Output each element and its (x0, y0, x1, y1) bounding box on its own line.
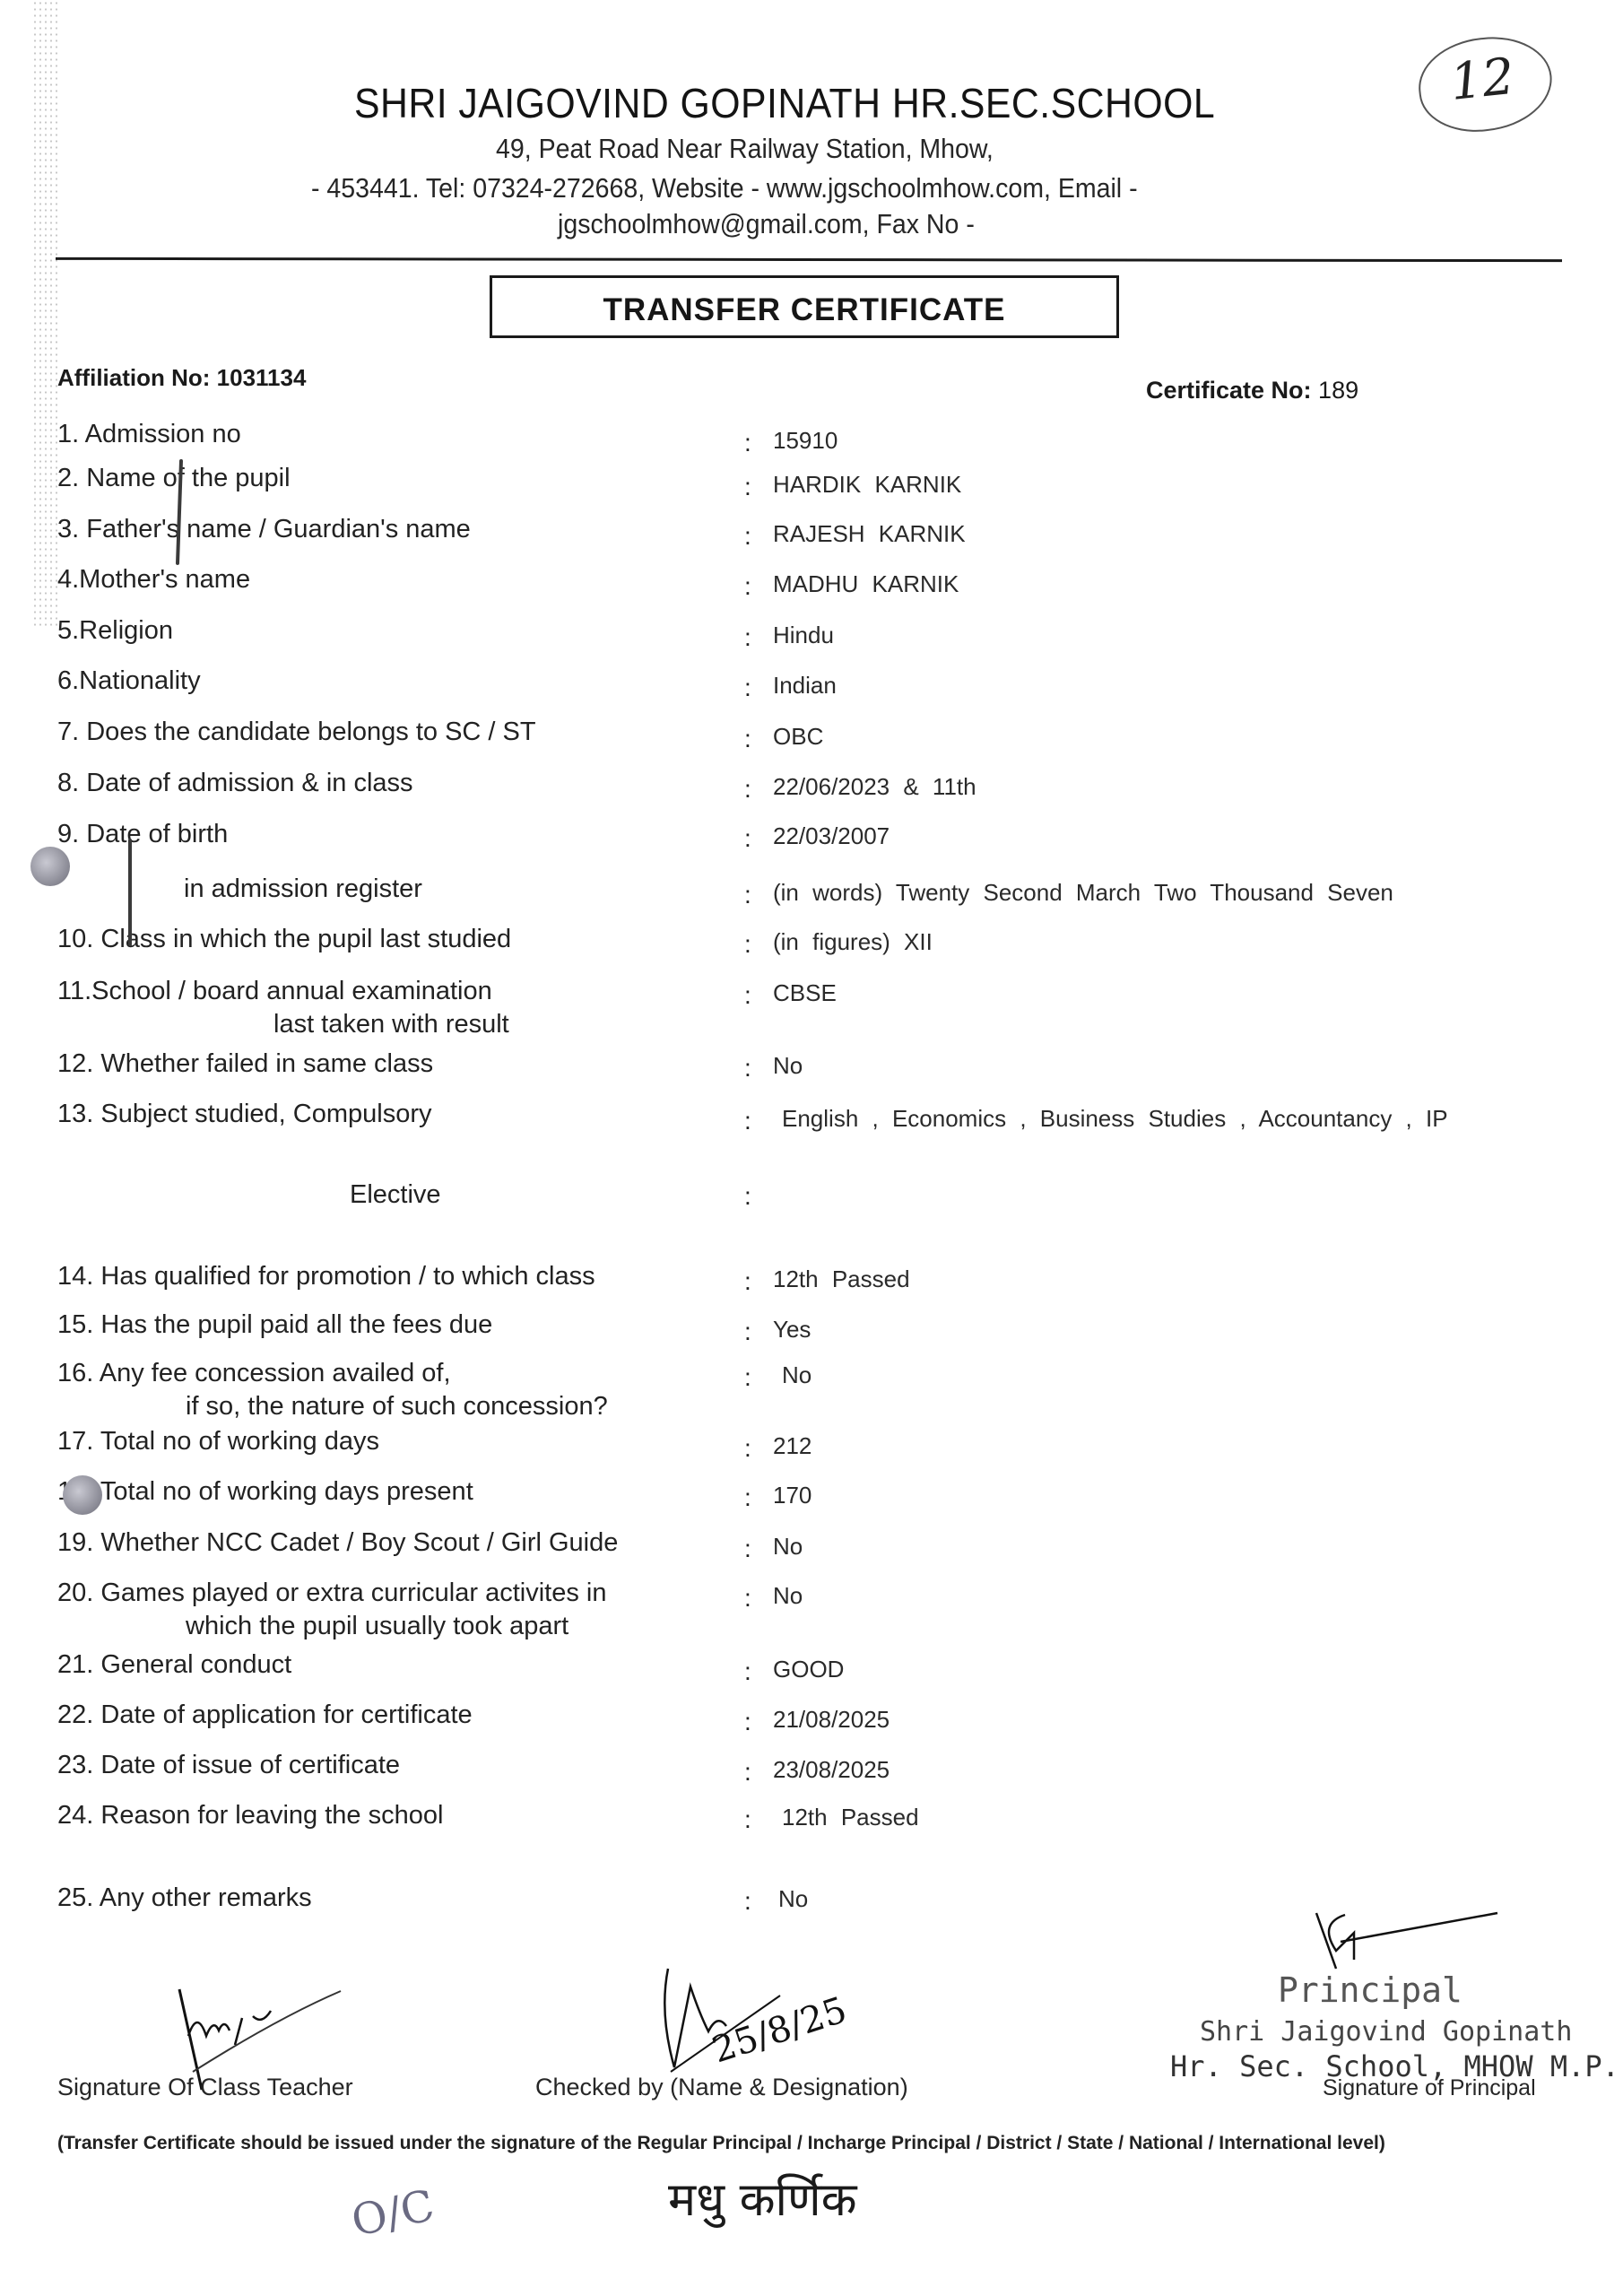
field-value: GOOD (773, 1656, 844, 1683)
field-label: 11.School / board annual examination (57, 977, 492, 1006)
field-label: 12. Whether failed in same class (57, 1049, 433, 1079)
field-value: 23/08/2025 (773, 1756, 890, 1784)
field-colon: : (744, 1758, 751, 1787)
field-value: 21/08/2025 (773, 1706, 890, 1734)
field-value: 12th Passed (782, 1804, 919, 1831)
principal-stamp-line2: Shri Jaigovind Gopinath (1200, 2016, 1572, 2048)
field-colon: : (744, 1584, 751, 1613)
field-colon: : (744, 930, 751, 959)
field-label: 1. Admission no (57, 420, 241, 449)
field-label: 4.Mother's name (57, 565, 250, 595)
field-label: in admission register (184, 874, 422, 904)
hindi-name-annotation: मधु कर्णिक (668, 2166, 857, 2230)
field-value: HARDIK KARNIK (773, 471, 961, 499)
field-value: RAJESH KARNIK (773, 520, 966, 548)
field-value: 170 (773, 1482, 811, 1509)
field-colon: : (744, 522, 751, 551)
field-colon: : (744, 473, 751, 501)
field-label: 23. Date of issue of certificate (57, 1751, 400, 1780)
field-colon: : (744, 981, 751, 1010)
field-colon: : (744, 1054, 751, 1083)
field-value: 22/06/2023 & 11th (773, 773, 976, 801)
punch-hole (63, 1475, 102, 1515)
field-label-continued: if so, the nature of such concession? (186, 1392, 608, 1422)
field-colon: : (744, 623, 751, 652)
field-colon: : (744, 1535, 751, 1563)
oc-annotation: O/C (347, 2180, 438, 2247)
field-colon: : (744, 674, 751, 702)
field-colon: : (744, 1708, 751, 1736)
address-line-3: jgschoolmhow@gmail.com, Fax No - (558, 208, 975, 240)
field-colon: : (744, 1805, 751, 1834)
field-label: 5.Religion (57, 616, 173, 646)
address-line-2: - 453441. Tel: 07324-272668, Website - w… (311, 172, 1138, 204)
field-value: 22/03/2007 (773, 822, 890, 850)
field-value: CBSE (773, 979, 837, 1007)
principal-signature (1309, 1906, 1506, 1978)
field-label: Elective (350, 1180, 441, 1210)
document-title: TRANSFER CERTIFICATE (492, 292, 1116, 328)
field-label: 17. Total no of working days (57, 1427, 379, 1457)
field-label-continued: last taken with result (273, 1010, 509, 1039)
field-label: 21. General conduct (57, 1650, 291, 1680)
field-value: English , Economics , Business Studies ,… (782, 1105, 1448, 1133)
field-label: 19. Whether NCC Cadet / Boy Scout / Girl… (57, 1528, 618, 1558)
field-label: 8. Date of admission & in class (57, 769, 413, 798)
header-divider (56, 257, 1562, 262)
field-label: 2. Name of the pupil (57, 464, 291, 493)
checked-by-label: Checked by (Name & Designation) (535, 2074, 908, 2101)
pen-mark (128, 839, 132, 946)
punch-hole (30, 847, 70, 886)
field-label: 10. Class in which the pupil last studie… (57, 925, 511, 954)
field-label: 14. Has qualified for promotion / to whi… (57, 1262, 595, 1291)
field-value: Indian (773, 672, 837, 700)
field-label: 25. Any other remarks (57, 1883, 312, 1913)
field-value: 212 (773, 1432, 811, 1460)
field-value: 15910 (773, 427, 838, 455)
certificate-value: 189 (1318, 377, 1358, 404)
school-name: SHRI JAIGOVIND GOPINATH HR.SEC.SCHOOL (354, 79, 1215, 127)
field-label: 9. Date of birth (57, 820, 228, 849)
field-value: No (773, 1052, 803, 1080)
class-teacher-label: Signature Of Class Teacher (57, 2074, 353, 2101)
field-colon: : (744, 725, 751, 753)
affiliation-number: Affiliation No: 1031134 (57, 364, 306, 392)
field-value: OBC (773, 723, 823, 751)
field-label: 13. Subject studied, Compulsory (57, 1100, 432, 1129)
field-label: 24. Reason for leaving the school (57, 1801, 443, 1831)
field-value: (in figures) XII (773, 928, 933, 956)
field-colon: : (744, 824, 751, 853)
field-label: 6.Nationality (57, 666, 201, 696)
field-colon: : (744, 1434, 751, 1463)
field-value: No (773, 1533, 803, 1561)
field-value: No (778, 1885, 808, 1913)
field-colon: : (744, 1657, 751, 1686)
field-colon: : (744, 1107, 751, 1135)
field-value: (in words) Twenty Second March Two Thous… (773, 879, 1393, 907)
field-label: 15. Has the pupil paid all the fees due (57, 1310, 492, 1340)
field-label: 7. Does the candidate belongs to SC / ST (57, 717, 536, 747)
field-value: No (782, 1361, 811, 1389)
field-label: 3. Father's name / Guardian's name (57, 515, 471, 544)
field-label-continued: which the pupil usually took apart (186, 1612, 568, 1641)
certificate-label: Certificate No: (1146, 377, 1312, 404)
principal-stamp-title: Principal (1278, 1970, 1462, 2010)
field-label: 18. Total no of working days present (57, 1477, 473, 1507)
page-number-annotation: 12 (1414, 30, 1557, 137)
address-line-1: 49, Peat Road Near Railway Station, Mhow… (496, 133, 994, 165)
svg-text:25/8/25: 25/8/25 (707, 1989, 852, 2071)
field-colon: : (744, 1483, 751, 1512)
field-value: Hindu (773, 622, 834, 649)
affiliation-label: Affiliation No: (57, 364, 210, 391)
field-colon: : (744, 429, 751, 457)
field-colon: : (744, 1318, 751, 1346)
footer-note: (Transfer Certificate should be issued u… (57, 2133, 1385, 2154)
page-number-text: 12 (1447, 48, 1517, 112)
field-value: Yes (773, 1316, 811, 1344)
field-colon: : (744, 1887, 751, 1916)
certificate-number: Certificate No: 189 (1146, 377, 1358, 404)
field-colon: : (744, 881, 751, 909)
title-box: TRANSFER CERTIFICATE (490, 275, 1119, 338)
field-label: 22. Date of application for certificate (57, 1700, 473, 1730)
field-label: 16. Any fee concession availed of, (57, 1359, 451, 1388)
principal-label: Signature of Principal (1323, 2075, 1536, 2101)
field-colon: : (744, 1267, 751, 1296)
affiliation-value: 1031134 (217, 364, 307, 391)
field-value: MADHU KARNIK (773, 570, 959, 598)
field-value: No (773, 1582, 803, 1610)
field-value: 12th Passed (773, 1265, 910, 1293)
field-label: 20. Games played or extra curricular act… (57, 1578, 606, 1608)
field-colon: : (744, 775, 751, 804)
field-colon: : (744, 1363, 751, 1392)
field-colon: : (744, 1182, 751, 1211)
scan-edge-noise (32, 0, 59, 628)
field-colon: : (744, 572, 751, 601)
